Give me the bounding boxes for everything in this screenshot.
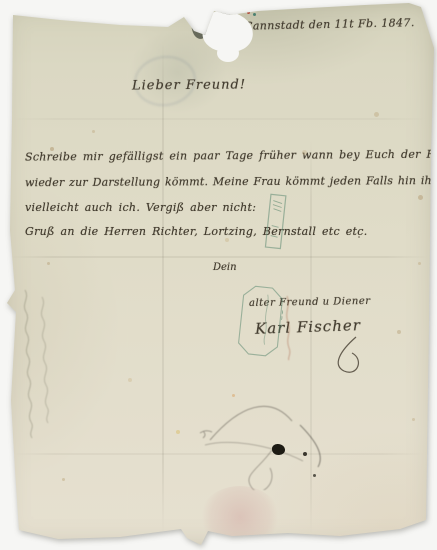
ink-blot: [272, 444, 285, 455]
foxing-spot: [50, 147, 54, 151]
ink-speck-small: [313, 474, 316, 477]
fold-crease-horizontal-top: [12, 118, 427, 120]
foxing-spot: [225, 238, 229, 242]
show-through-text-ghost: [278, 292, 296, 364]
dark-speck: [358, 236, 360, 238]
torn-hole-lower: [217, 44, 239, 62]
foxing-spot: [176, 430, 180, 434]
rectangular-postmark: [258, 191, 294, 256]
foxing-spot: [92, 130, 95, 133]
body-line-4: Gruß an die Herren Richter, Lortzing, Be…: [25, 225, 368, 238]
illegible-marginalia: [8, 285, 54, 460]
foxing-spot: [412, 418, 415, 421]
foxing-spot: [232, 394, 235, 397]
fold-crease-horizontal-middle: [10, 256, 428, 258]
body-line-3: vielleicht auch ich. Vergiß aber nicht:: [25, 201, 256, 214]
body-line-2: wieder zur Darstellung kömmt. Meine Frau…: [25, 174, 437, 189]
signature-flourish: [328, 333, 388, 378]
paper-sheet: Cannstadt den 11t Fb. 1847. Lieber Freun…: [0, 0, 437, 550]
wax-seal-residue: [200, 486, 280, 548]
pre-closing: Dein: [213, 262, 237, 273]
teal-speck: [253, 13, 256, 16]
paper-sheet-wrap: Cannstadt den 11t Fb. 1847. Lieber Freun…: [0, 0, 437, 550]
dateline: Cannstadt den 11t Fb. 1847.: [244, 16, 415, 33]
foxing-spot: [397, 330, 401, 334]
foxing-spot: [47, 262, 50, 265]
foxing-spot: [128, 378, 132, 382]
foxing-spot: [374, 112, 379, 117]
pencil-flourish-marks: [150, 395, 350, 490]
ink-speck: [303, 452, 307, 456]
foxing-spot: [418, 262, 421, 265]
salutation: Lieber Freund!: [132, 78, 246, 94]
foxing-spot: [302, 150, 307, 155]
red-speck: [247, 11, 250, 14]
foxing-spot: [418, 195, 423, 200]
letter-scan: Cannstadt den 11t Fb. 1847. Lieber Freun…: [0, 0, 437, 550]
foxing-spot: [62, 478, 65, 481]
body-line-1: Schreibe mir gefälligst ein paar Tage fr…: [25, 147, 437, 163]
